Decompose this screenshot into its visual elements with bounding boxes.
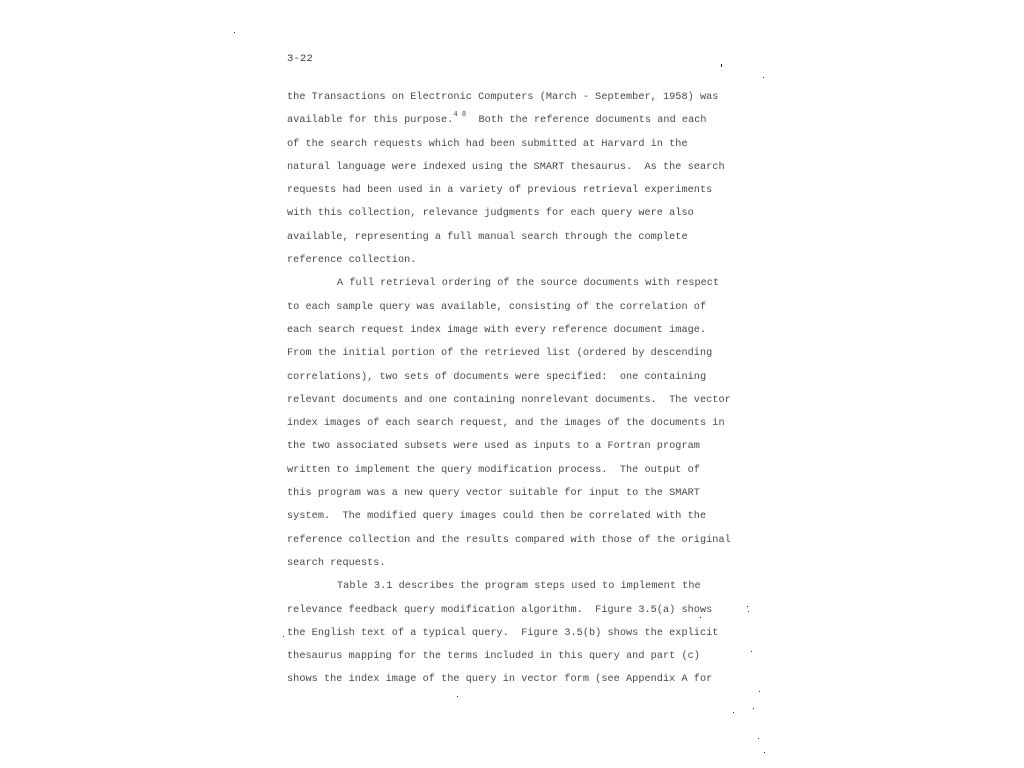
text-line: From the initial portion of the retrieve… xyxy=(287,342,697,365)
scan-speck xyxy=(759,691,760,692)
scan-speck xyxy=(763,77,764,78)
scan-speck xyxy=(758,738,759,739)
text-line: each search request index image with eve… xyxy=(287,319,697,342)
text-line: available, representing a full manual se… xyxy=(287,226,697,249)
paragraph-start-line: A full retrieval ordering of the source … xyxy=(287,272,697,295)
scan-speck xyxy=(764,752,765,753)
scan-speck xyxy=(751,651,752,652)
scan-speck xyxy=(283,636,284,637)
page-number: 3-22 xyxy=(287,53,313,65)
text-line-with-footnote: available for this purpose.4 8 Both the … xyxy=(287,109,697,132)
paragraph-start-line: Table 3.1 describes the program steps us… xyxy=(287,575,697,598)
text-line: search requests. xyxy=(287,552,697,575)
text-segment: Both the reference documents and each xyxy=(466,115,706,126)
text-line: correlations), two sets of documents wer… xyxy=(287,366,697,389)
text-line: reference collection and the results com… xyxy=(287,529,697,552)
text-line: natural language were indexed using the … xyxy=(287,156,697,179)
text-line: reference collection. xyxy=(287,249,697,272)
text-line: shows the index image of the query in ve… xyxy=(287,668,697,691)
scan-speck xyxy=(556,164,557,165)
scan-speck xyxy=(721,64,722,67)
text-line: the English text of a typical query. Fig… xyxy=(287,622,697,645)
text-line: index images of each search request, and… xyxy=(287,412,697,435)
footnote-reference: 4 8 xyxy=(453,111,466,119)
text-line: thesaurus mapping for the terms included… xyxy=(287,645,697,668)
text-line: requests had been used in a variety of p… xyxy=(287,179,697,202)
scan-speck xyxy=(234,32,235,33)
text-line: this program was a new query vector suit… xyxy=(287,482,697,505)
text-line: with this collection, relevance judgment… xyxy=(287,202,697,225)
scan-speck xyxy=(753,708,754,709)
scan-speck xyxy=(700,617,701,618)
text-segment: available for this purpose. xyxy=(287,115,453,126)
text-line: of the search requests which had been su… xyxy=(287,133,697,156)
scanned-document-page: 3-22 the Transactions on Electronic Comp… xyxy=(0,0,1024,768)
text-line: the two associated subsets were used as … xyxy=(287,435,697,458)
text-line: to each sample query was available, cons… xyxy=(287,296,697,319)
text-line: the Transactions on Electronic Computers… xyxy=(287,86,697,109)
scan-speck xyxy=(733,712,734,713)
scan-speck xyxy=(457,696,458,697)
body-text: the Transactions on Electronic Computers… xyxy=(287,86,697,692)
text-line: relevance feedback query modification al… xyxy=(287,599,697,622)
scan-speck xyxy=(748,611,749,612)
text-line: relevant documents and one containing no… xyxy=(287,389,697,412)
text-line: written to implement the query modificat… xyxy=(287,459,697,482)
scan-speck xyxy=(747,606,748,607)
text-line: system. The modified query images could … xyxy=(287,505,697,528)
